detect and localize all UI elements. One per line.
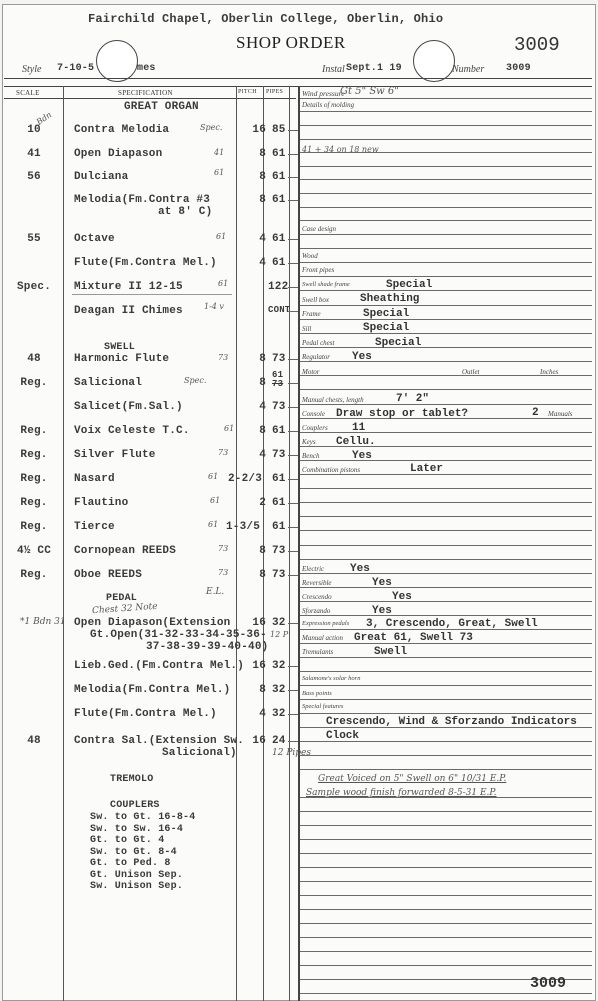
- console-label: Console: [302, 410, 325, 418]
- footer-order-number: 3009: [530, 975, 566, 992]
- swell-stop-5-pitch: 2-2/3: [228, 473, 262, 485]
- details-column-divider: [298, 86, 300, 1001]
- great-stop-0-pipes: 85: [272, 124, 286, 136]
- pedal-stop-0-name-line2: Gt.Open(31-32-33-34-35-36-: [90, 629, 267, 641]
- great-stop-0-note: Spec.: [200, 123, 222, 132]
- pedal-heading: PEDAL: [106, 593, 137, 604]
- ruled-line: [300, 319, 592, 320]
- pitch-column-divider: [236, 86, 237, 1001]
- inches-label: Inches: [540, 368, 558, 376]
- swell-stop-2-pitch: 4: [236, 401, 266, 413]
- number-value: 3009: [506, 63, 531, 74]
- swell-stop-6-scale: Reg.: [6, 497, 62, 509]
- great-stop-4-pipes: 61: [272, 233, 286, 245]
- ruled-line: [300, 248, 592, 249]
- swell-stop-3-pipes: 61: [272, 425, 286, 437]
- ruled-line: [300, 671, 592, 672]
- couplers-value: 11: [352, 422, 365, 434]
- sill-label: Sill: [302, 325, 311, 333]
- sforzando-label: Sforzando: [302, 607, 330, 615]
- manual-chests-label: Manual chests, length: [302, 396, 364, 404]
- pedal-stop-2-name: Melodia(Fm.Contra Mel.): [74, 684, 230, 696]
- ruled-line: [300, 657, 592, 658]
- swell-stop-6-pipes: 61: [272, 497, 286, 509]
- reversible-value: Yes: [372, 577, 392, 589]
- ruled-line: [300, 333, 592, 334]
- swell-stop-5-pipes: 61: [272, 473, 286, 485]
- swell-stop-1-pitch: 8: [236, 377, 266, 389]
- coupler-item: Sw. Unison Sep.: [90, 881, 195, 893]
- sill-value: Special: [363, 322, 409, 334]
- ruled-line: [300, 895, 592, 896]
- ruled-line: [300, 769, 592, 770]
- electric-label: Electric: [302, 565, 324, 573]
- swell-stop-0-pipes: 73: [272, 353, 286, 365]
- style-suffix: mes: [137, 63, 156, 74]
- swell-stop-6-name: Flautino: [74, 497, 128, 509]
- row-tick: [288, 154, 298, 155]
- ruled-line: [300, 305, 592, 306]
- swell-stop-3-pitch: 8: [236, 425, 266, 437]
- swell-stop-3-scale: Reg.: [6, 425, 62, 437]
- ruled-line: [300, 615, 592, 616]
- row-tick: [288, 177, 298, 178]
- ruled-line: [300, 881, 592, 882]
- column-header-bottom-rule: [4, 98, 296, 99]
- pedal-stop-0-pitch: 16: [236, 617, 266, 629]
- ruled-line: [300, 262, 592, 263]
- row-tick: [288, 130, 298, 131]
- ruled-line: [300, 404, 592, 405]
- great-stop-6-pipes: 122: [268, 281, 288, 293]
- great-stop-7-note: 1-4 v: [204, 302, 224, 311]
- bass-points-label: Bass points: [302, 690, 332, 697]
- pipes-right-divider: [289, 86, 290, 1001]
- row-tick: [288, 479, 298, 480]
- ruled-line: [300, 853, 592, 854]
- motor-label: Motor: [302, 368, 320, 376]
- ruled-line: [300, 98, 592, 99]
- ruled-line: [300, 839, 592, 840]
- handwritten-note-1: Great Voiced on 5" Swell on 6" 10/31 E.P…: [318, 774, 506, 784]
- swell-stop-1-note: Spec.: [184, 376, 206, 385]
- coupler-item: Gt. to Ped. 8: [90, 858, 195, 870]
- swell-stop-8-note: 73: [218, 544, 228, 553]
- great-stop-5-pitch: 4: [236, 257, 266, 269]
- ruled-line: [300, 460, 592, 461]
- ruled-line: [300, 530, 592, 531]
- row-tick: [288, 551, 298, 552]
- style-value: 7-10-5: [57, 63, 94, 74]
- row-tick: [288, 527, 298, 528]
- great-stop-6-note: 61: [218, 279, 228, 288]
- row-tick: [288, 666, 298, 667]
- swell-stop-6-pitch: 2: [236, 497, 266, 509]
- row-tick: [288, 623, 298, 624]
- solo-label: Salamone's solar horn: [302, 675, 360, 682]
- molding-label: Details of molding: [302, 101, 354, 109]
- coupler-item: Sw. to Gt. 8-4: [90, 847, 195, 859]
- ruled-line: [300, 207, 592, 208]
- ruled-line: [300, 993, 592, 994]
- pedal-stop-0-name: Open Diapason(Extension: [74, 617, 230, 629]
- coupler-item: Gt. to Gt. 4: [90, 835, 195, 847]
- swell-stop-1-pipes: 73: [272, 379, 283, 389]
- pedal-stop-0-name-line3: 37-38-39-39-40-40): [146, 641, 268, 653]
- great-stop-2-note: 61: [214, 168, 224, 177]
- ruled-line: [300, 937, 592, 938]
- wood-label: Wood: [302, 252, 318, 260]
- style-label: Style: [22, 64, 41, 75]
- row-tick: [288, 263, 298, 264]
- swell-stop-9-note: 73: [218, 568, 228, 577]
- ruled-line: [300, 923, 592, 924]
- wind-pressure-label: Wind pressure: [302, 89, 345, 98]
- great-stop-1-note: 41: [214, 148, 224, 157]
- row-tick: [288, 311, 298, 312]
- pedal-stop-4-name-line2: Salicional): [162, 747, 237, 759]
- ruled-line: [300, 951, 592, 952]
- swell-stop-9-scale: Reg.: [6, 569, 62, 581]
- great-stop-3-pipes: 61: [272, 194, 286, 206]
- pedal-handnote-scale: *1 Bdn 31: [20, 617, 66, 627]
- great-stop-3-pitch: 8: [236, 194, 266, 206]
- swell-stop-0-scale: 48: [6, 353, 62, 365]
- ruled-line: [300, 276, 592, 277]
- swell-stop-4-pipes: 73: [272, 449, 286, 461]
- pedal-stop-3-pitch: 4: [236, 708, 266, 720]
- swell-stop-3-note: 61: [224, 424, 234, 433]
- great-stop-4-scale: 55: [6, 233, 62, 245]
- pedal-stop-4-pipes: 24: [272, 735, 286, 747]
- swell-stop-7-name: Tierce: [74, 521, 115, 533]
- great-stop-0-pitch: 16: [236, 124, 266, 136]
- swell-stop-0-name: Harmonic Flute: [74, 353, 169, 365]
- install-value: Sept.1 19: [346, 63, 402, 74]
- special-features-value: Crescendo, Wind & Sforzando Indicators: [326, 716, 577, 728]
- ruled-line: [300, 347, 592, 348]
- pedal-stop-4-note: 12 Pipes: [272, 748, 311, 758]
- punch-hole-left: [96, 40, 138, 82]
- molding-note: 41 + 34 on 18 new: [302, 145, 379, 154]
- great-stop-1-pitch: 8: [236, 148, 266, 160]
- swell-stop-8-name: Cornopean REEDS: [74, 545, 176, 557]
- column-pipes: PIPES: [266, 89, 283, 95]
- swell-box-label: Swell box: [302, 296, 329, 304]
- pedal-stop-4-name: Contra Sal.(Extension Sw.: [74, 735, 244, 747]
- pedal-stop-1-name: Lieb.Ged.(Fm.Contra Mel.): [74, 660, 244, 672]
- swell-stop-1-name: Salicional: [74, 377, 142, 389]
- swell-stop-9-pitch: 8: [236, 569, 266, 581]
- swell-stop-8-pitch: 8: [236, 545, 266, 557]
- ruled-line: [300, 909, 592, 910]
- special-features-label: Special features: [302, 703, 343, 710]
- outlet-label: Outlet: [462, 368, 480, 376]
- ruled-line: [300, 139, 592, 140]
- swell-stop-7-scale: Reg.: [6, 521, 62, 533]
- pedal-stop-4-pitch: 16: [236, 735, 266, 747]
- swell-stop-2-pipes: 73: [272, 401, 286, 413]
- pedal-stop-2-pitch: 8: [236, 684, 266, 696]
- coupler-item: Gt. Unison Sep.: [90, 870, 195, 882]
- swell-stop-7-note: 61: [208, 520, 218, 529]
- crescendo-value: Yes: [392, 591, 412, 603]
- ruled-line: [300, 166, 592, 167]
- great-stop-1-name: Open Diapason: [74, 148, 162, 160]
- row-tick: [288, 359, 298, 360]
- great-stop-5-pipes: 61: [272, 257, 286, 269]
- ruled-line: [300, 516, 592, 517]
- swell-stop-8-scale: 4½ CC: [6, 545, 62, 557]
- row-tick: [288, 690, 298, 691]
- bench-label: Bench: [302, 452, 320, 460]
- pedal-stop-4-scale: 48: [6, 735, 62, 747]
- row-tick: [288, 407, 298, 408]
- swell-stop-9-name: Oboe REEDS: [74, 569, 142, 581]
- pipes-column-divider: [263, 86, 264, 1001]
- row-tick: [288, 200, 298, 201]
- great-stop-7-pipes: CONT: [268, 305, 290, 315]
- swell-shade-value: Special: [386, 279, 432, 291]
- ruled-line: [300, 361, 592, 362]
- manual-action-label: Manual action: [302, 634, 343, 642]
- regulator-label: Regulator: [302, 353, 330, 361]
- row-tick: [288, 383, 298, 384]
- crescendo-label: Crescendo: [302, 593, 332, 601]
- front-pipes-label: Front pipes: [302, 266, 334, 274]
- ruled-line: [300, 432, 592, 433]
- great-stop-4-pitch: 4: [236, 233, 266, 245]
- swell-stop-3-name: Voix Celeste T.C.: [74, 425, 190, 437]
- row-tick: [288, 431, 298, 432]
- pedal-stop-3-pipes: 32: [272, 708, 286, 720]
- swell-stop-4-note: 73: [218, 448, 228, 457]
- ruled-line: [300, 685, 592, 686]
- swell-shade-label: Swell shade frame: [302, 281, 350, 288]
- pedal-chest-label: Pedal chest: [302, 339, 334, 347]
- swell-stop-5-scale: Reg.: [6, 473, 62, 485]
- swell-stop-2-name: Salicet(Fm.Sal.): [74, 401, 183, 413]
- ruled-line: [300, 811, 592, 812]
- pedal-handnote-top: E.L.: [206, 587, 224, 597]
- great-stop-0-scale: 10: [6, 124, 62, 136]
- swell-stop-4-scale: Reg.: [6, 449, 62, 461]
- pedal-stop-3-name: Flute(Fm.Contra Mel.): [74, 708, 217, 720]
- punch-hole-right: [413, 40, 455, 82]
- coupler-item: Sw. to Gt. 16-8-4: [90, 812, 195, 824]
- ruled-line: [300, 965, 592, 966]
- handwritten-note-2: Sample wood finish forwarded 8-5-31 E.P.: [306, 788, 497, 798]
- ruled-line: [300, 545, 592, 546]
- frame-label: Frame: [302, 310, 321, 318]
- ruled-line: [300, 220, 592, 221]
- row-tick: [288, 239, 298, 240]
- pedal-stop-0-pipes: 32: [272, 617, 286, 629]
- manual-action-value: Great 61, Swell 73: [354, 632, 473, 644]
- swell-stop-7-pipes: 61: [272, 521, 286, 533]
- ruled-line: [300, 474, 592, 475]
- ruled-line: [300, 713, 592, 714]
- swell-stop-1-scale: Reg.: [6, 377, 62, 389]
- page-title: SHOP ORDER: [236, 33, 346, 53]
- great-organ-heading: GREAT ORGAN: [124, 101, 199, 113]
- couplers-label: Couplers: [302, 424, 328, 432]
- ruled-line: [300, 825, 592, 826]
- case-design-label: Case design: [302, 225, 336, 233]
- tremolo-label: TREMOLO: [110, 774, 153, 785]
- ruled-line: [300, 601, 592, 602]
- ruled-line: [300, 502, 592, 503]
- great-stop-4-note: 61: [216, 232, 226, 241]
- great-stop-2-pipes: 61: [272, 171, 286, 183]
- great-stop-1-scale: 41: [6, 148, 62, 160]
- row-tick: [288, 575, 298, 576]
- pedal-stop-2-pipes: 32: [272, 684, 286, 696]
- keys-value: Cellu.: [336, 436, 376, 448]
- ruled-line: [300, 573, 592, 574]
- keys-label: Keys: [302, 438, 316, 446]
- tremulants-value: Swell: [374, 646, 407, 658]
- swell-stop-0-pitch: 8: [236, 353, 266, 365]
- mixture-underline: [72, 294, 232, 295]
- swell-stop-6-note: 61: [210, 496, 220, 505]
- coupler-item: Sw. to Sw. 16-4: [90, 824, 195, 836]
- swell-stop-8-pipes: 73: [272, 545, 286, 557]
- expression-value: 3, Crescendo, Great, Swell: [366, 618, 538, 630]
- great-stop-1-pipes: 61: [272, 148, 286, 160]
- manuals-value: 2: [532, 407, 539, 419]
- row-tick: [288, 741, 298, 742]
- bench-value: Yes: [352, 450, 372, 462]
- ruled-line: [300, 559, 592, 560]
- row-tick: [288, 455, 298, 456]
- regulator-value: Yes: [352, 351, 372, 363]
- ruled-line: [300, 193, 592, 194]
- install-label: Instal: [322, 64, 345, 75]
- special-features-value-2: Clock: [326, 730, 359, 742]
- ruled-line: [300, 867, 592, 868]
- wind-pressure-value: Gt 5" Sw 6": [340, 86, 399, 97]
- swell-stop-9-pipes: 73: [272, 569, 286, 581]
- tremulants-label: Tremulants: [302, 648, 333, 656]
- great-stop-6-name: Mixture II 12-15: [74, 281, 183, 293]
- great-stop-2-scale: 56: [6, 171, 62, 183]
- ruled-line: [300, 699, 592, 700]
- order-number-large: 3009: [514, 34, 560, 56]
- expression-label: Expression pedals: [302, 620, 349, 627]
- manuals-label: Manuals: [548, 410, 573, 418]
- great-stop-6-scale: Spec.: [6, 281, 62, 293]
- column-specification: SPECIFICATION: [118, 89, 173, 97]
- number-label: Number: [452, 64, 484, 75]
- couplers-list: Sw. to Gt. 16-8-4 Sw. to Sw. 16-4 Gt. to…: [90, 812, 195, 893]
- location-line: Fairchild Chapel, Oberlin College, Oberl…: [88, 12, 443, 26]
- pedal-chest-value: Special: [375, 337, 421, 349]
- console-value: Draw stop or tablet?: [336, 408, 468, 420]
- header-rule: [4, 78, 592, 79]
- sforzando-value: Yes: [372, 605, 392, 617]
- swell-stop-0-note: 73: [218, 353, 228, 362]
- great-stop-4-name: Octave: [74, 233, 115, 245]
- manual-chests-value: 7' 2": [396, 393, 429, 405]
- swell-heading: SWELL: [104, 342, 135, 353]
- swell-stop-7-pitch: 1-3/5: [226, 521, 260, 533]
- column-pitch: PITCH: [238, 89, 257, 95]
- pedal-stop-0-note: 12 P: [270, 630, 288, 639]
- row-tick: [288, 714, 298, 715]
- column-scale: SCALE: [16, 89, 40, 97]
- frame-value: Special: [363, 308, 409, 320]
- ruled-line: [300, 755, 592, 756]
- pedal-stop-1-pipes: 32: [272, 660, 286, 672]
- scale-column-divider: [63, 86, 64, 1001]
- combination-label: Combination pistons: [302, 466, 360, 474]
- ruled-line: [300, 290, 592, 291]
- couplers-heading: COUPLERS: [110, 800, 160, 811]
- ruled-line: [300, 389, 592, 390]
- swell-stop-5-name: Nasard: [74, 473, 115, 485]
- great-stop-2-pitch: 8: [236, 171, 266, 183]
- swell-box-value: Sheathing: [360, 293, 419, 305]
- electric-value: Yes: [350, 563, 370, 575]
- ruled-line: [300, 587, 592, 588]
- great-stop-7-name: Deagan II Chimes: [74, 305, 183, 317]
- great-stop-3-name: Melodia(Fm.Contra #3: [74, 194, 210, 206]
- pedal-stop-1-pitch: 16: [236, 660, 266, 672]
- swell-stop-5-note: 61: [208, 472, 218, 481]
- great-stop-5-name: Flute(Fm.Contra Mel.): [74, 257, 217, 269]
- ruled-line: [300, 179, 592, 180]
- great-stop-3-name-line2: at 8' C): [158, 206, 212, 218]
- ruled-line: [300, 234, 592, 235]
- ruled-line: [300, 488, 592, 489]
- great-stop-2-name: Dulciana: [74, 171, 128, 183]
- ruled-line: [300, 111, 592, 112]
- row-tick: [288, 287, 298, 288]
- ruled-line: [300, 125, 592, 126]
- combination-value: Later: [410, 463, 443, 475]
- reversible-label: Reversible: [302, 579, 332, 587]
- great-stop-0-name: Contra Melodia: [74, 124, 169, 136]
- swell-stop-4-pitch: 4: [236, 449, 266, 461]
- row-tick: [288, 503, 298, 504]
- swell-stop-4-name: Silver Flute: [74, 449, 156, 461]
